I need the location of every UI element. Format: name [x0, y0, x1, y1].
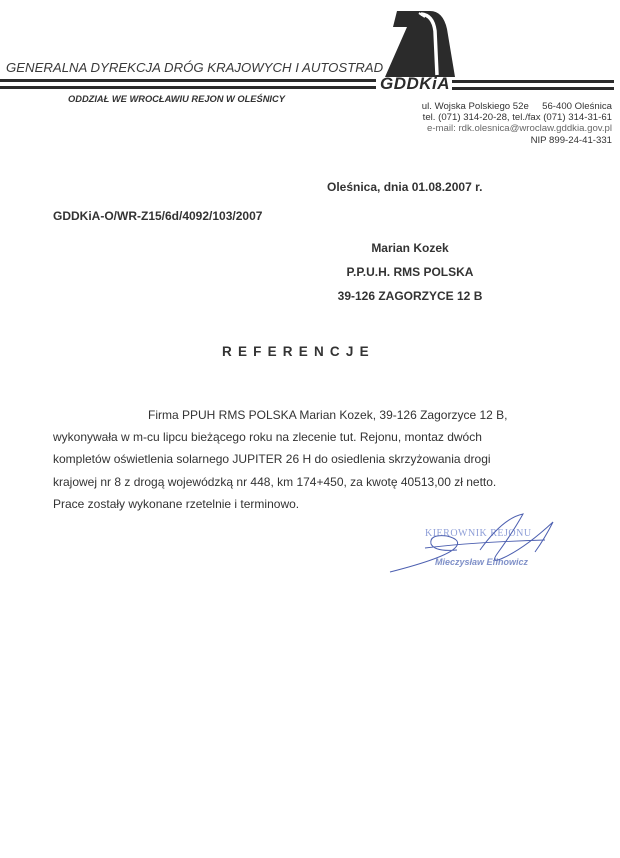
header-stripe — [0, 79, 376, 82]
contact-email: e-mail: rdk.olesnica@wroclaw.gddkia.gov.… — [422, 123, 612, 134]
contact-phone: tel. (071) 314-20-28, tel./fax (071) 314… — [422, 112, 612, 123]
contact-nip: NIP 899-24-41-331 — [422, 135, 612, 146]
body-line: Firma PPUH RMS POLSKA Marian Kozek, 39-1… — [53, 404, 593, 426]
header-stripe — [452, 80, 614, 83]
body-line: wykonywała w m-cu lipcu bieżącego roku n… — [53, 426, 593, 448]
letter-body: Firma PPUH RMS POLSKA Marian Kozek, 39-1… — [53, 404, 593, 515]
recipient-name: Marian Kozek — [310, 236, 510, 260]
department-name: ODDZIAŁ WE WROCŁAWIU REJON W OLEŚNICY — [68, 94, 285, 104]
recipient-address: 39-126 ZAGORZYCE 12 B — [310, 284, 510, 308]
header-stripe — [0, 86, 376, 89]
recipient-company: P.P.U.H. RMS POLSKA — [310, 260, 510, 284]
contact-address: ul. Wojska Polskiego 52e 56-400 Oleśnica — [422, 101, 612, 112]
organization-name: GENERALNA DYREKCJA DRÓG KRAJOWYCH I AUTO… — [6, 60, 383, 75]
road-logo-icon — [375, 5, 460, 80]
recipient-block: Marian Kozek P.P.U.H. RMS POLSKA 39-126 … — [310, 236, 510, 308]
logo-text: GDDKiA — [380, 74, 450, 94]
reference-number: GDDKiA-O/WR-Z15/6d/4092/103/2007 — [53, 209, 262, 223]
header-stripe — [452, 87, 614, 90]
signature-stamp: KIEROWNIK REJONU Mieczysław Efinowicz — [385, 510, 575, 585]
body-line: kompletów oświetlenia solarnego JUPITER … — [53, 448, 593, 470]
signature-icon — [385, 510, 575, 585]
body-line: krajowej nr 8 z drogą wojewódzką nr 448,… — [53, 471, 593, 493]
letter-title: REFERENCJE — [222, 344, 375, 359]
contact-block: ul. Wojska Polskiego 52e 56-400 Oleśnica… — [422, 101, 612, 146]
place-date: Oleśnica, dnia 01.08.2007 r. — [327, 180, 482, 194]
